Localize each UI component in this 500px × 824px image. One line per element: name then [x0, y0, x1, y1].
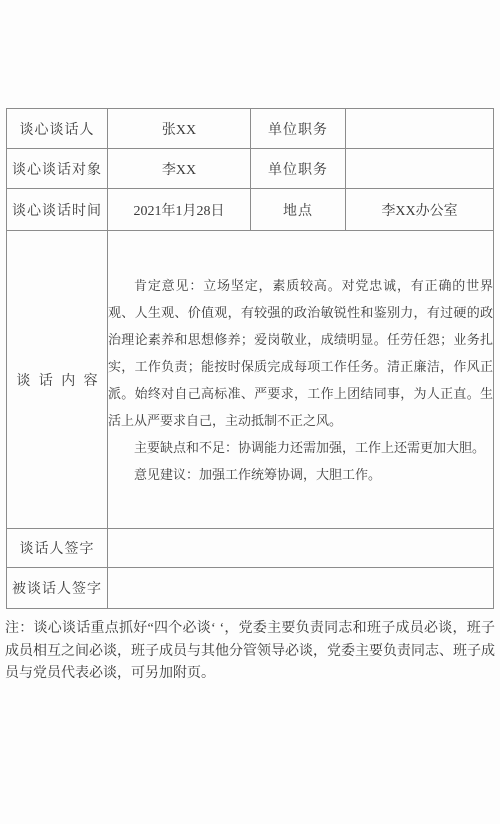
table-row-talker-signature: 谈话人签字 — [7, 529, 494, 568]
value-interviewee-name: 李XX — [108, 149, 251, 189]
value-talk-date: 2021年1月28日 — [108, 189, 251, 231]
label-interviewee-signature: 被谈话人签字 — [7, 568, 108, 609]
value-talker-signature — [108, 529, 494, 568]
label-talk-time: 谈心谈话时间 — [7, 189, 108, 231]
label-unit-position-1: 单位职务 — [251, 109, 346, 149]
label-talk-content: 谈话内容 — [7, 231, 108, 529]
value-interviewer-name: 张XX — [108, 109, 251, 149]
value-unit-position-2 — [346, 149, 494, 189]
table-row-talk-time: 谈心谈话时间 2021年1月28日 地点 李XX办公室 — [7, 189, 494, 231]
table-row-talk-content: 谈话内容 肯定意见：立场坚定，素质较高。对党忠诚，有正确的世界观、人生观、价值观… — [7, 231, 494, 529]
talk-content-label-text: 谈话内容 — [16, 370, 106, 390]
value-interviewee-signature — [108, 568, 494, 609]
value-location: 李XX办公室 — [346, 189, 494, 231]
table-row-interviewee-signature: 被谈话人签字 — [7, 568, 494, 609]
footnote: 注：谈心谈话重点抓好“四个必谈‘ ‘，党委主要负责同志和班子成员必谈，班子成员相… — [5, 618, 495, 686]
talk-record-table: 谈心谈话人 张XX 单位职务 谈心谈话对象 李XX 单位职务 谈心谈话时间 20… — [6, 108, 494, 609]
content-paragraph-suggestions: 意见建议：加强工作统筹协调，大胆工作。 — [108, 461, 493, 488]
label-interviewee: 谈心谈话对象 — [7, 149, 108, 189]
label-talker-signature: 谈话人签字 — [7, 529, 108, 568]
label-unit-position-2: 单位职务 — [251, 149, 346, 189]
form-sheet: 谈心谈话人 张XX 单位职务 谈心谈话对象 李XX 单位职务 谈心谈话时间 20… — [0, 0, 500, 824]
table-row-interviewer: 谈心谈话人 张XX 单位职务 — [7, 109, 494, 149]
talk-content-text: 肯定意见：立场坚定，素质较高。对党忠诚，有正确的世界观、人生观、价值观，有较强的… — [108, 231, 494, 529]
content-paragraph-positive: 肯定意见：立场坚定，素质较高。对党忠诚，有正确的世界观、人生观、价值观，有较强的… — [108, 272, 493, 434]
content-paragraph-shortcomings: 主要缺点和不足：协调能力还需加强，工作上还需更加大胆。 — [108, 434, 493, 461]
label-interviewer: 谈心谈话人 — [7, 109, 108, 149]
table-row-interviewee: 谈心谈话对象 李XX 单位职务 — [7, 149, 494, 189]
label-location: 地点 — [251, 189, 346, 231]
value-unit-position-1 — [346, 109, 494, 149]
